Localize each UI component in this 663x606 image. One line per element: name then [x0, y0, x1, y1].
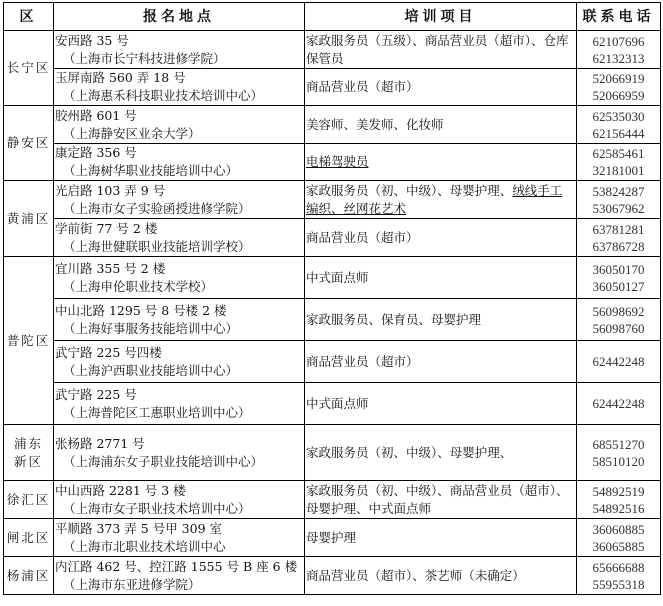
address-institution: （上海市女子职业技术培训中心）	[55, 500, 302, 518]
address-institution: （上海惠禾科技职业技术培训中心）	[55, 87, 302, 105]
training-cell: 家政服务员（初、中级）、母婴护理、	[305, 425, 577, 481]
training-cell: 商品营业员（超市）	[305, 219, 577, 257]
table-row: 普陀区 宜川路 355 号 2 楼（上海申伦职业技术学校） 中式面点师 3605…	[4, 257, 661, 299]
table-row: 杨浦区 内江路 462 号、控江路 1555 号 B 座 6 楼（上海市东亚进修…	[4, 557, 661, 595]
phone-number: 68551270	[579, 436, 658, 453]
address-street: 中山西路 2281 号 3 楼	[55, 482, 302, 500]
phone-number: 52066919	[579, 70, 658, 87]
phone-number: 62132313	[579, 50, 658, 67]
phone-number: 56098692	[579, 303, 658, 320]
district-line: 新区	[6, 453, 51, 471]
address-street: 武宁路 225 号四楼	[55, 344, 302, 362]
table-row: 学前街 77 号 2 楼（上海世健联职业技能培训学校） 商品营业员（超市） 63…	[4, 219, 661, 257]
address-cell: 光启路 103 弄 9 号（上海市女子实验函授进修学院）	[54, 181, 305, 219]
district-cell: 长宁区	[4, 31, 54, 106]
address-street: 张杨路 2771 号	[55, 435, 302, 453]
address-cell: 武宁路 225 号（上海普陀区工惠职业培训中心）	[54, 383, 305, 425]
training-cell: 商品营业员（超市）、茶艺师（未确定）	[305, 557, 577, 595]
address-institution: （上海市东亚进修学院）	[55, 576, 302, 594]
training-locations-table: 区 报名地点 培训项目 联系电话 长宁区 安西路 35 号（上海市长宁科技进修学…	[3, 2, 661, 595]
training-cell: 家政服务员（初、中级）、母婴护理、绒线手工编织、丝网花艺术	[305, 181, 577, 219]
address-institution: （上海世健联职业技能培训学校）	[55, 238, 302, 256]
address-institution: （上海市女子实验函授进修学院）	[55, 200, 302, 218]
table-row: 武宁路 225 号四楼（上海沪西职业技能培训中心） 商品营业员（超市） 6244…	[4, 341, 661, 383]
address-cell: 康定路 356 号（上海树华职业技能培训中心）	[54, 144, 305, 181]
address-cell: 中山北路 1295 号 8 号楼 2 楼（上海好事服务技能培训中心）	[54, 299, 305, 341]
address-street: 武宁路 225 号	[55, 386, 302, 404]
table-row: 玉屏南路 560 弄 18 号（上海惠禾科技职业技术培训中心） 商品营业员（超市…	[4, 69, 661, 106]
address-street: 康定路 356 号	[55, 144, 302, 162]
header-training: 培训项目	[305, 3, 577, 31]
phone-cell: 6855127058510120	[577, 425, 661, 481]
phone-number: 62442248	[579, 353, 658, 370]
phone-cell: 5609869256098760	[577, 299, 661, 341]
phone-cell: 6253503062156444	[577, 106, 661, 144]
header-row: 区 报名地点 培训项目 联系电话	[4, 3, 661, 31]
phone-number: 32181001	[579, 162, 658, 179]
training-cell: 商品营业员（超市）	[305, 69, 577, 106]
training-cell: 家政服务员（五级）、商品营业员（超市）、仓库保管员	[305, 31, 577, 69]
address-institution: （上海申伦职业技术学校）	[55, 278, 302, 296]
table-row: 徐汇区 中山西路 2281 号 3 楼（上海市女子职业技术培训中心） 家政服务员…	[4, 481, 661, 519]
phone-cell: 5206691952066959	[577, 69, 661, 106]
phone-cell: 3605017036050127	[577, 257, 661, 299]
table-row: 长宁区 安西路 35 号（上海市长宁科技进修学院） 家政服务员（五级）、商品营业…	[4, 31, 661, 69]
district-cell: 普陀区	[4, 257, 54, 425]
address-cell: 胶州路 601 号（上海静安区业余大学）	[54, 106, 305, 144]
phone-number: 53824287	[579, 183, 658, 200]
table-row: 康定路 356 号（上海树华职业技能培训中心） 电梯驾驶员 6258546132…	[4, 144, 661, 181]
address-street: 光启路 103 弄 9 号	[55, 182, 302, 200]
phone-number: 58510120	[579, 453, 658, 470]
header-district: 区	[4, 3, 54, 31]
training-cell: 商品营业员（超市）	[305, 341, 577, 383]
phone-number: 62535030	[579, 108, 658, 125]
address-cell: 玉屏南路 560 弄 18 号（上海惠禾科技职业技术培训中心）	[54, 69, 305, 106]
address-cell: 平顺路 373 弄 5 号甲 309 室（上海市北职业技术培训中心	[54, 519, 305, 557]
address-cell: 宜川路 355 号 2 楼（上海申伦职业技术学校）	[54, 257, 305, 299]
phone-number: 54892516	[579, 500, 658, 517]
address-street: 学前街 77 号 2 楼	[55, 220, 302, 238]
training-cell: 中式面点师	[305, 257, 577, 299]
training-cell: 家政服务员（初、中级）、商品营业员（超市）、母婴护理、中式面点师	[305, 481, 577, 519]
phone-number: 52066959	[579, 87, 658, 104]
phone-cell: 6566668855955318	[577, 557, 661, 595]
district-cell: 闸北区	[4, 519, 54, 557]
address-cell: 张杨路 2771 号（上海浦东女子职业技能培训中心）	[54, 425, 305, 481]
table-row: 静安区 胶州路 601 号（上海静安区业余大学） 美容师、美发师、化妆师 625…	[4, 106, 661, 144]
training-text: 家政服务员（初、中级）、母婴护理、	[306, 183, 512, 198]
address-street: 安西路 35 号	[55, 32, 302, 50]
phone-cell: 62442248	[577, 341, 661, 383]
address-institution: （上海普陀区工惠职业培训中心）	[55, 404, 302, 422]
phone-number: 65666688	[579, 559, 658, 576]
district-cell: 浦东新区	[4, 425, 54, 481]
phone-cell: 62442248	[577, 383, 661, 425]
phone-number: 36050127	[579, 278, 658, 295]
table-row: 武宁路 225 号（上海普陀区工惠职业培训中心） 中式面点师 62442248	[4, 383, 661, 425]
phone-number: 36050170	[579, 261, 658, 278]
phone-number: 62107696	[579, 33, 658, 50]
phone-cell: 6378128163786728	[577, 219, 661, 257]
address-cell: 内江路 462 号、控江路 1555 号 B 座 6 楼（上海市东亚进修学院）	[54, 557, 305, 595]
training-cell: 母婴护理	[305, 519, 577, 557]
phone-number: 36065885	[579, 538, 658, 555]
address-institution: （上海浦东女子职业技能培训中心）	[55, 453, 302, 471]
phone-cell: 6210769662132313	[577, 31, 661, 69]
address-street: 平顺路 373 弄 5 号甲 309 室	[55, 520, 302, 538]
address-institution: （上海沪西职业技能培训中心）	[55, 362, 302, 380]
address-street: 玉屏南路 560 弄 18 号	[55, 69, 302, 87]
district-cell: 黄浦区	[4, 181, 54, 257]
address-cell: 中山西路 2281 号 3 楼（上海市女子职业技术培训中心）	[54, 481, 305, 519]
phone-number: 53067962	[579, 200, 658, 217]
address-cell: 武宁路 225 号四楼（上海沪西职业技能培训中心）	[54, 341, 305, 383]
address-institution: （上海静安区业余大学）	[55, 125, 302, 143]
phone-cell: 5489251954892516	[577, 481, 661, 519]
district-line: 浦东	[6, 435, 51, 453]
address-street: 宜川路 355 号 2 楼	[55, 260, 302, 278]
address-institution: （上海市长宁科技进修学院）	[55, 50, 302, 68]
phone-cell: 6258546132181001	[577, 144, 661, 181]
district-cell: 杨浦区	[4, 557, 54, 595]
phone-number: 62442248	[579, 395, 658, 412]
phone-number: 62585461	[579, 145, 658, 162]
phone-number: 63786728	[579, 238, 658, 255]
training-link[interactable]: 电梯驾驶员	[306, 154, 369, 169]
phone-number: 56098760	[579, 320, 658, 337]
training-cell: 中式面点师	[305, 383, 577, 425]
address-street: 胶州路 601 号	[55, 107, 302, 125]
address-cell: 安西路 35 号（上海市长宁科技进修学院）	[54, 31, 305, 69]
phone-number: 63781281	[579, 221, 658, 238]
address-institution: （上海好事服务技能培训中心）	[55, 320, 302, 338]
phone-number: 54892519	[579, 483, 658, 500]
address-institution: （上海树华职业技能培训中心）	[55, 162, 302, 180]
address-institution: （上海市北职业技术培训中心	[55, 538, 302, 556]
phone-cell: 5382428753067962	[577, 181, 661, 219]
district-cell: 静安区	[4, 106, 54, 181]
phone-number: 62156444	[579, 125, 658, 142]
address-street: 内江路 462 号、控江路 1555 号 B 座 6 楼	[55, 558, 302, 576]
training-cell: 美容师、美发师、化妆师	[305, 106, 577, 144]
address-cell: 学前街 77 号 2 楼（上海世健联职业技能培训学校）	[54, 219, 305, 257]
training-cell: 电梯驾驶员	[305, 144, 577, 181]
phone-cell: 3606088536065885	[577, 519, 661, 557]
table-row: 中山北路 1295 号 8 号楼 2 楼（上海好事服务技能培训中心） 家政服务员…	[4, 299, 661, 341]
table-row: 浦东新区 张杨路 2771 号（上海浦东女子职业技能培训中心） 家政服务员（初、…	[4, 425, 661, 481]
table-row: 黄浦区 光启路 103 弄 9 号（上海市女子实验函授进修学院） 家政服务员（初…	[4, 181, 661, 219]
header-phone: 联系电话	[577, 3, 661, 31]
district-cell: 徐汇区	[4, 481, 54, 519]
address-street: 中山北路 1295 号 8 号楼 2 楼	[55, 302, 302, 320]
training-cell: 家政服务员、保育员、母婴护理	[305, 299, 577, 341]
table-row: 闸北区 平顺路 373 弄 5 号甲 309 室（上海市北职业技术培训中心 母婴…	[4, 519, 661, 557]
phone-number: 36060885	[579, 521, 658, 538]
header-location: 报名地点	[54, 3, 305, 31]
phone-number: 55955318	[579, 576, 658, 593]
